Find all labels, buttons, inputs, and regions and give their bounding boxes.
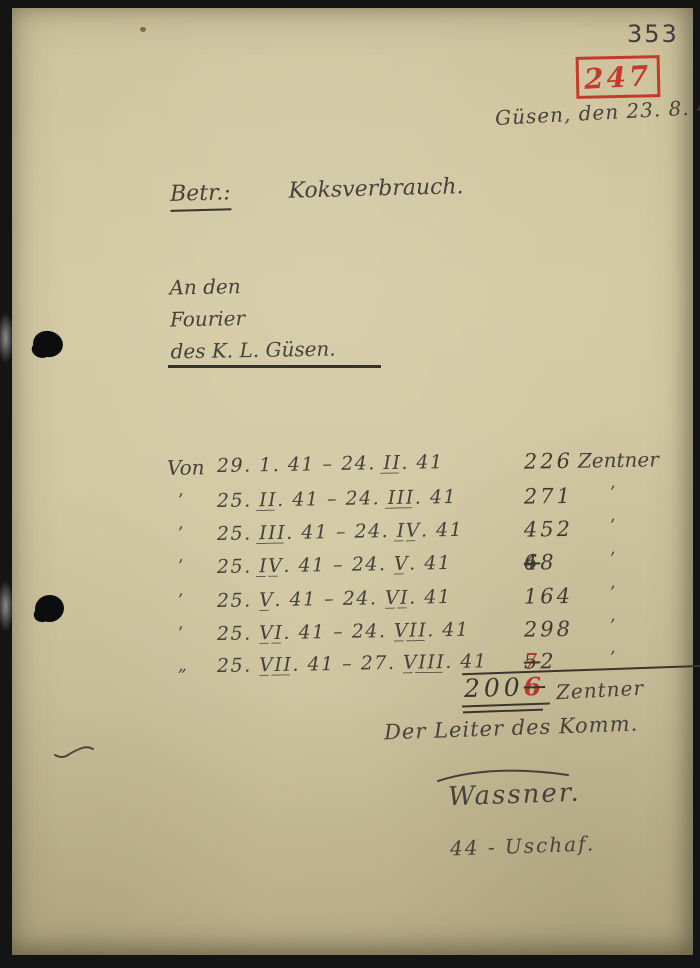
folio-number: 353 <box>627 20 679 48</box>
row-value: 527 <box>480 649 568 651</box>
row-unit: Zentner <box>578 447 659 472</box>
row-lead: ’ <box>178 524 184 544</box>
table-row: Von 29. 1. 41 – 24. I̲I̲. 41 226 Zentner <box>12 446 700 486</box>
row-lead: ’ <box>178 557 184 577</box>
row-unit: ’ <box>610 583 616 603</box>
row-date-range: 29. 1. 41 – 24. I̲I̲. 41 <box>217 451 444 477</box>
row-value: 452 <box>480 517 568 519</box>
row-value-main: 68 <box>524 550 557 575</box>
total-underline <box>462 702 550 707</box>
total-value: 2006 <box>464 672 546 703</box>
dateline: Güsen, den 23. 8. 41 <box>495 94 700 130</box>
archive-stamp-box: 247 <box>576 55 661 99</box>
subject-line: Betr.:Koksverbrauch. <box>170 174 464 207</box>
scan-background: 353 247 Güsen, den 23. 8. 41 Betr.:Koksv… <box>0 0 700 968</box>
row-value: 271 <box>480 484 568 486</box>
ink-squiggle <box>52 738 96 762</box>
row-unit: ’ <box>610 616 616 636</box>
recipient-line-3: des K. L. Güsen. <box>170 333 336 368</box>
edge-smudge <box>0 580 14 632</box>
row-value: 164 <box>480 584 568 586</box>
row-date-range: 25. I̲I̲I̲. 41 – 24. I̲V̲. 41 <box>217 519 464 545</box>
document-page: 353 247 Güsen, den 23. 8. 41 Betr.:Koksv… <box>12 8 693 955</box>
row-lead: ’ <box>178 591 184 611</box>
closing-role-line: Der Leiter des Komm. <box>384 712 639 745</box>
signature-rank: 44 - Uschaf. <box>450 831 596 860</box>
row-value-main: 271 <box>524 484 574 509</box>
subject-text: Koksverbrauch. <box>288 174 464 204</box>
row-lead: ’ <box>178 491 184 511</box>
row-date-range: 25. V̲. 41 – 24. V̲I̲. 41 <box>217 586 452 612</box>
table-row: ’ 25. I̲V̲. 41 – 24. V̲. 41 468 ’ <box>12 547 700 587</box>
total-value-red: 6 <box>523 672 545 702</box>
row-date-range: 25. V̲I̲I̲. 41 – 27. V̲I̲I̲I̲. 41 <box>217 650 488 677</box>
edge-smudge <box>0 312 14 364</box>
total-value-black: 200 <box>464 673 524 704</box>
row-lead: „ <box>178 656 187 676</box>
row-unit: ’ <box>610 549 616 569</box>
row-date-range: 25. I̲V̲. 41 – 24. V̲. 41 <box>217 552 452 578</box>
recipient-underline <box>168 365 381 368</box>
total-underline <box>463 709 543 714</box>
recipient-block: An den Fourier des K. L. Güsen. <box>169 269 336 368</box>
row-lead: ’ <box>178 624 184 644</box>
row-value-main: 452 <box>524 517 574 542</box>
total-unit: Zentner <box>555 676 644 705</box>
row-value: 298 <box>480 617 568 619</box>
subject-label: Betr.: <box>170 180 231 212</box>
row-value-main: 164 <box>524 584 574 609</box>
row-value: 226 <box>480 449 568 451</box>
row-lead: Von <box>167 455 205 480</box>
row-unit: ’ <box>610 648 616 668</box>
row-unit: ’ <box>610 516 616 536</box>
recipient-line-2: Fourier <box>170 301 336 336</box>
signature-name: Wassner. <box>448 778 582 813</box>
row-unit: ’ <box>610 483 616 503</box>
row-value: 468 <box>480 550 568 552</box>
row-value-main: 226 <box>524 449 574 474</box>
recipient-line-1: An den <box>169 269 335 304</box>
paper-fleck <box>140 27 146 32</box>
row-date-range: 25. V̲I̲. 41 – 24. V̲I̲I̲. 41 <box>217 619 470 645</box>
row-value-main: 298 <box>524 617 574 642</box>
archive-stamp-number: 247 <box>583 59 652 96</box>
row-date-range: 25. I̲I̲. 41 – 24. I̲I̲I̲. 41 <box>217 486 457 512</box>
